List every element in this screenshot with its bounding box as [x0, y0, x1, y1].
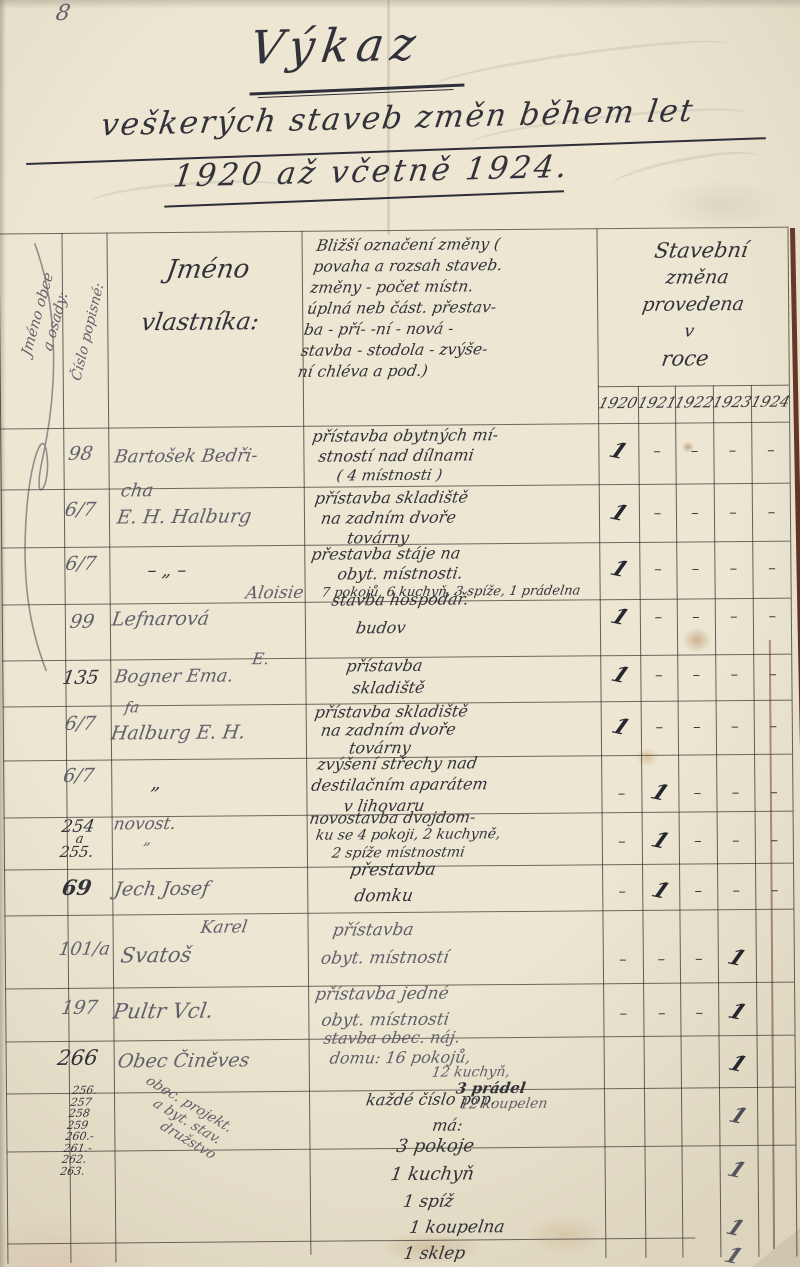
- year-label: 1920: [595, 394, 640, 412]
- header-line: úplná neb část. přestav-: [306, 296, 597, 320]
- change-description: přístavba: [345, 658, 424, 675]
- grid-line: [596, 228, 606, 1258]
- house-number: 99: [68, 613, 95, 633]
- mark-1922: –: [677, 665, 715, 683]
- change-description: ku se 4 pokoji, 2 kuchyně,: [315, 827, 502, 843]
- owner-name: Lefnarová: [110, 610, 210, 631]
- register-table: Jméno obce a osady: Číslo popisné: Jméno…: [0, 0, 800, 1267]
- header-line: ba - pří- -ní - nová -: [302, 317, 593, 341]
- house-number-list: 256. 257 258 259 260.- 261.- 262. 263.: [59, 1085, 101, 1177]
- mark-1922: –: [679, 881, 717, 899]
- mark-1920: 1: [594, 553, 645, 585]
- mark-1924: –: [753, 665, 792, 683]
- house-number: 6/7: [64, 555, 98, 575]
- house-number: 266: [56, 1047, 99, 1069]
- mark-1923: –: [715, 665, 753, 683]
- header-line: provedena: [597, 291, 789, 320]
- owner-name-ditto: „: [150, 774, 163, 794]
- grid-line: [787, 227, 797, 1257]
- change-description: 2 spíže místnostmi: [331, 845, 466, 861]
- change-description: zvýšení střechy nad: [316, 755, 478, 773]
- owner-name: Bogner Ema.: [113, 667, 235, 687]
- mark-1924: –: [755, 831, 794, 849]
- change-description: domku: [353, 888, 414, 906]
- change-description: na zadním dvoře: [320, 509, 457, 527]
- grid-line: [598, 385, 789, 388]
- header-line: změna: [601, 264, 793, 293]
- change-description: stností nad dílnami: [317, 447, 475, 465]
- marks-row: 1 – – – –: [598, 437, 790, 465]
- grid-line: [106, 233, 116, 1263]
- owner-name: E. H. Halburg: [115, 507, 252, 528]
- mark-1924: –: [752, 559, 791, 577]
- mark-1921: –: [643, 1004, 680, 1022]
- mark-1921: –: [640, 608, 677, 626]
- mark-1920: 1: [593, 435, 644, 467]
- owner-name: Jech Josef: [113, 880, 211, 901]
- mark-1923: 1: [711, 1212, 760, 1244]
- grid-line: [0, 227, 787, 235]
- header-owner-column: Jméno vlastníka:: [103, 256, 305, 336]
- mark-1921: –: [643, 950, 680, 968]
- change-description: přístavba skladiště: [314, 489, 470, 507]
- change-description: skladiště: [351, 680, 426, 697]
- mark-1920: 1: [594, 497, 645, 529]
- marks-row: 1 – – – –: [600, 603, 792, 631]
- mark-1922: –: [676, 559, 714, 577]
- mark-1923: –: [713, 441, 751, 459]
- mark-1921: –: [639, 560, 676, 578]
- mark-1920: 1: [594, 601, 645, 633]
- owner-name-ditto: – „ –: [146, 562, 188, 581]
- change-description: 3 pokoje: [395, 1137, 475, 1157]
- mark-1921: –: [639, 504, 676, 522]
- house-number: 6/7: [63, 501, 97, 521]
- mark-1922: –: [676, 503, 714, 521]
- mark-1920: –: [603, 950, 643, 968]
- marks-row: – 1 – – –: [602, 877, 794, 905]
- mark-1920: 1: [595, 659, 646, 691]
- change-description: stavba obec. náj.: [322, 1029, 461, 1047]
- marks-row: 1 – – – –: [601, 713, 793, 741]
- house-number: 258: [68, 1108, 98, 1120]
- owner-name: Pultr Vcl.: [112, 1000, 215, 1023]
- header-line: Stavební: [605, 237, 797, 266]
- change-description: přístavba: [331, 922, 414, 941]
- house-number: 263.: [59, 1165, 89, 1177]
- mark-1924: –: [754, 783, 793, 801]
- mark-1923: 1: [712, 942, 761, 974]
- change-description: každé číslo pop.: [365, 1091, 497, 1109]
- change-description: přístavba jedné: [314, 986, 450, 1005]
- mark-1924: –: [753, 607, 792, 625]
- mark-1924: –: [755, 881, 794, 899]
- marks-row: – – – 1: [603, 999, 795, 1027]
- mark-1922: –: [678, 717, 716, 735]
- header-line: stavba - stodola - zvýše-: [299, 338, 590, 362]
- change-description: 1 kuchyň: [389, 1165, 475, 1185]
- year-label: 1923: [710, 393, 753, 411]
- mark-1923: 1: [709, 1240, 758, 1267]
- owner-name: Aloisie: [244, 585, 304, 603]
- house-number: 101/a: [57, 941, 111, 960]
- header-line: změny - počet místn.: [309, 275, 600, 299]
- mark-1921: –: [638, 442, 675, 460]
- mark-1923: –: [717, 881, 755, 899]
- grid-line: [4, 909, 793, 917]
- change-description: má:: [431, 1117, 464, 1134]
- change-description: 1 koupelna: [408, 1219, 506, 1238]
- change-description: přístavba obytných mí-: [311, 427, 499, 445]
- marks-row: 1 – – – –: [599, 555, 791, 583]
- change-description: destilačním aparátem: [310, 776, 489, 794]
- house-number: 6/7: [62, 767, 96, 787]
- header-line: Jméno: [111, 256, 305, 285]
- header-line: ní chléva a pod.): [296, 359, 587, 383]
- grid-line: [301, 231, 311, 1255]
- year-subheader-row: 1920 1921 1922 1923 1924: [598, 393, 790, 413]
- year-label: 1922: [672, 393, 715, 411]
- change-description: stavba hospodář.: [330, 591, 469, 609]
- header-line: Bližší označení změny (: [315, 233, 606, 257]
- house-number: 260.-: [65, 1131, 95, 1143]
- header-line: vlastníka:: [103, 309, 297, 336]
- change-description: přestavba: [349, 862, 437, 881]
- owner-name: fa: [123, 700, 140, 716]
- change-description: přestavba stáje na: [310, 545, 461, 563]
- owner-name: E.: [251, 651, 270, 668]
- house-number: 98: [67, 445, 94, 465]
- header-line: v: [593, 318, 785, 347]
- mark-1923: –: [714, 559, 752, 577]
- marks-row: 1 – – – –: [599, 499, 791, 527]
- house-number: 6/7: [63, 715, 97, 735]
- change-description: obyt. místností: [320, 950, 450, 969]
- year-label: 1921: [635, 394, 677, 412]
- change-description: 12 kuchyň,: [431, 1065, 511, 1080]
- change-description: ( 4 místnosti ): [335, 468, 443, 485]
- mark-1924: –: [754, 717, 793, 735]
- change-description: 1 sklep: [402, 1245, 466, 1263]
- mark-1923: 1: [713, 996, 762, 1028]
- mark-1922: –: [678, 783, 716, 801]
- owner-name: Karel: [199, 919, 248, 937]
- marks-row: – – – 1: [603, 945, 795, 973]
- mark-1920: –: [603, 1004, 643, 1022]
- owner-name: Obec Činěves: [116, 1051, 250, 1072]
- header-change-column: Stavební změna provedena v roce: [589, 237, 797, 374]
- owner-name: Halburg E. H.: [109, 723, 246, 744]
- change-description: obyt. místnosti.: [336, 565, 464, 583]
- mark-1922: –: [675, 441, 713, 459]
- marks-row: – 1 – – –: [602, 827, 794, 855]
- mark-1923: –: [715, 607, 753, 625]
- house-number: 256.: [71, 1085, 101, 1097]
- owner-name: Svatoš: [119, 944, 193, 967]
- mark-1922: –: [679, 831, 717, 849]
- mark-1922: –: [677, 607, 715, 625]
- grid-line: [7, 1237, 695, 1244]
- change-description: 1 spíž: [402, 1194, 455, 1212]
- header-description-column: Bližší označení změny ( povaha a rozsah …: [296, 233, 606, 383]
- change-description: na zadním dvoře: [320, 722, 457, 740]
- owner-name: Bartošek Bedři-: [113, 447, 259, 467]
- owner-name: cha: [119, 482, 154, 501]
- house-number: 255.: [59, 845, 95, 861]
- marks-row: – 1 – – –: [601, 779, 793, 807]
- mark-1923: –: [717, 831, 755, 849]
- mark-1921: 1: [636, 777, 684, 809]
- change-description: novostavba dvojdom-: [308, 809, 476, 827]
- house-number: 197: [60, 999, 99, 1019]
- year-label: 1924: [748, 393, 792, 411]
- mark-1923: –: [714, 503, 752, 521]
- owner-name-ditto: „: [143, 832, 153, 848]
- header-line: roce: [589, 345, 781, 374]
- header-line: povaha a rozsah staveb.: [312, 254, 603, 278]
- scanned-document-page: 8 Výkaz veškerých staveb změn během let …: [0, 0, 800, 1267]
- mark-1920: 1: [595, 711, 646, 743]
- mark-1921: 1: [636, 825, 684, 857]
- house-number: 262.: [61, 1154, 91, 1166]
- marks-row: 1 – – – –: [600, 661, 792, 689]
- change-description: budov: [355, 620, 407, 637]
- mark-1923: 1: [713, 1048, 762, 1080]
- mark-1921: –: [640, 666, 677, 684]
- house-number: 69: [61, 877, 94, 899]
- mark-1924: –: [751, 441, 790, 459]
- mark-1923: 1: [714, 1100, 763, 1132]
- mark-1921: 1: [637, 875, 685, 907]
- house-number: 135: [61, 669, 100, 689]
- mark-1921: –: [641, 718, 678, 736]
- mark-1923: –: [716, 783, 754, 801]
- mark-1924: –: [752, 503, 791, 521]
- mark-1923: –: [716, 717, 754, 735]
